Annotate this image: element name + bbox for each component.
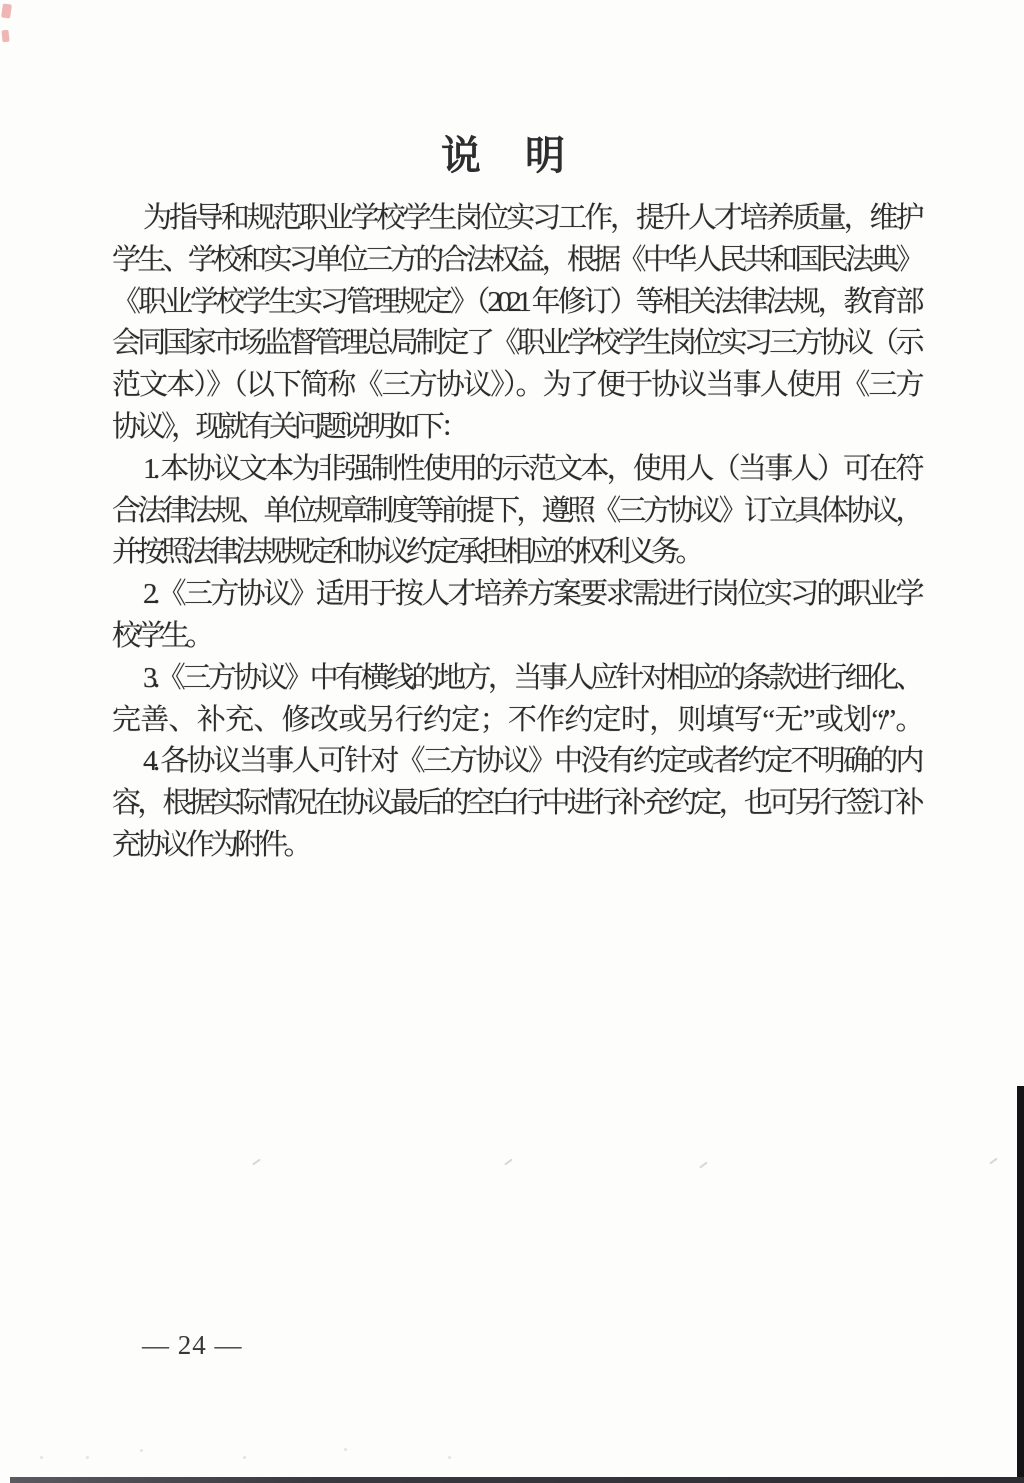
text-line: 2.《三方协议》适用于按人才培养方案要求需进行岗位实习的职业学 (112, 574, 920, 616)
scan-speck (448, 1456, 451, 1459)
text-line: 1. 本协议文本为非强制性使用的示范文本，使用人（当事人）可在符 (112, 449, 920, 491)
text-line: 3.《三方协议》中有横线的地方，当事人应针对相应的条款进行细化、 (112, 658, 920, 700)
scan-speck (40, 1456, 43, 1459)
text-line: 学生、学校和实习单位三方的合法权益，根据《中华人民共和国民法典》 (112, 240, 920, 282)
scan-speck (243, 1456, 246, 1459)
text-line: 《职业学校学生实习管理规定》（2021 年修订）等相关法律法规，教育部 (112, 282, 920, 324)
text-line: 会同国家市场监督管理总局制定了《职业学校学生岗位实习三方协议（示 (112, 323, 920, 365)
page-number: — 24 — (142, 1330, 243, 1360)
text-line: 完善、补充、修改或另行约定；不作约定时，则填写“无”或划“/”。 (112, 700, 920, 742)
scan-edge-right (1017, 1086, 1024, 1483)
scan-speck (504, 1159, 513, 1166)
scan-speck (699, 1162, 708, 1169)
text-line: 4. 各协议当事人可针对《三方协议》中没有约定或者约定不明确的内 (112, 741, 920, 783)
text-line: 并按照法律法规规定和协议约定承担相应的权利义务。 (112, 532, 920, 574)
document-body: 为指导和规范职业学校学生岗位实习工作，提升人才培养质量，维护 学生、学校和实习单… (112, 198, 920, 867)
red-pen-mark (1, 30, 9, 43)
scan-speck (86, 1456, 89, 1459)
red-pen-mark (1, 3, 12, 18)
text-line: 充协议作为附件。 (112, 825, 920, 867)
scan-speck (989, 1158, 998, 1165)
text-line: 合法律法规、单位规章制度等前提下，遵照《三方协议》订立具体协议， (112, 491, 920, 533)
scan-edge-bottom (10, 1477, 1024, 1483)
scan-speck (344, 1448, 347, 1451)
text-line: 协议》，现就有关问题说明如下： (112, 407, 920, 449)
text-line: 校学生。 (112, 616, 920, 658)
page-title: 说 明 (0, 133, 1008, 179)
text-line: 范文本）》（以下简称《三方协议》）。为了便于协议当事人使用《三方 (112, 365, 920, 407)
text-line: 容，根据实际情况在协议最后的空白行中进行补充约定，也可另行签订补 (112, 783, 920, 825)
scan-speck (140, 1449, 143, 1452)
scan-speck (252, 1159, 261, 1166)
document-page: 说 明 为指导和规范职业学校学生岗位实习工作，提升人才培养质量，维护 学生、学校… (0, 0, 1024, 1483)
text-line: 为指导和规范职业学校学生岗位实习工作，提升人才培养质量，维护 (112, 198, 920, 240)
